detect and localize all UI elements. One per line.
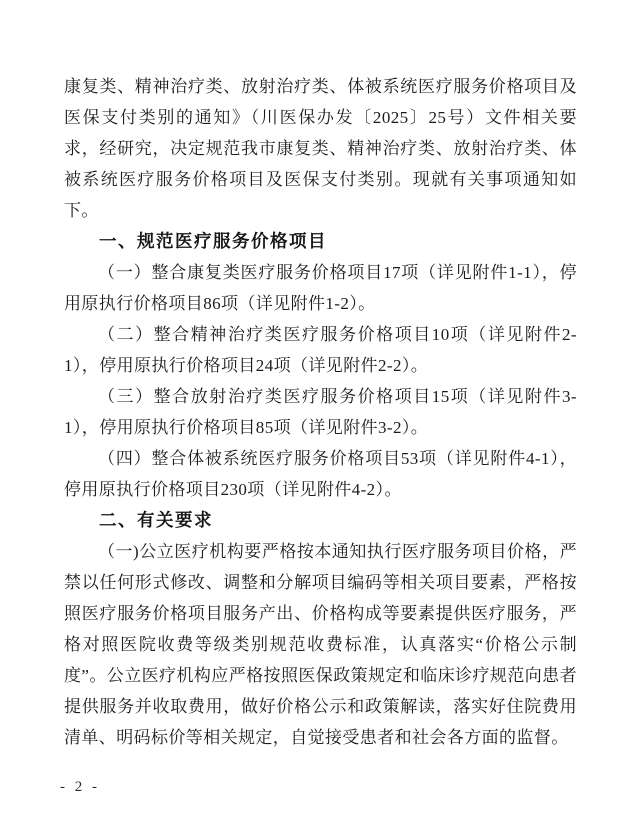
document-body: 康复类、精神治疗类、放射治疗类、体被系统医疗服务价格项目及医保支付类别的通知》（… (64, 71, 577, 753)
section1-item-3: （三）整合放射治疗类医疗服务价格项目15项（详见附件3-1），停用原执行价格项目… (64, 381, 577, 443)
section1-item-1: （一）整合康复类医疗服务价格项目17项（详见附件1-1），停用原执行价格项目86… (64, 257, 577, 319)
section2-item-1: （一)公立医疗机构要严格按本通知执行医疗服务项目价格，严禁以任何形式修改、调整和… (64, 536, 577, 753)
document-page: 康复类、精神治疗类、放射治疗类、体被系统医疗服务价格项目及医保支付类别的通知》（… (0, 0, 621, 840)
section1-heading: 一、规范医疗服务价格项目 (64, 226, 577, 257)
section2-heading: 二、有关要求 (64, 505, 577, 536)
intro-paragraph: 康复类、精神治疗类、放射治疗类、体被系统医疗服务价格项目及医保支付类别的通知》（… (64, 71, 577, 226)
section1-item-2: （二）整合精神治疗类医疗服务价格项目10项（详见附件2-1），停用原执行价格项目… (64, 319, 577, 381)
section1-item-4: （四）整合体被系统医疗服务价格项目53项（详见附件4-1），停用原执行价格项目2… (64, 443, 577, 505)
page-number: - 2 - (60, 777, 100, 797)
